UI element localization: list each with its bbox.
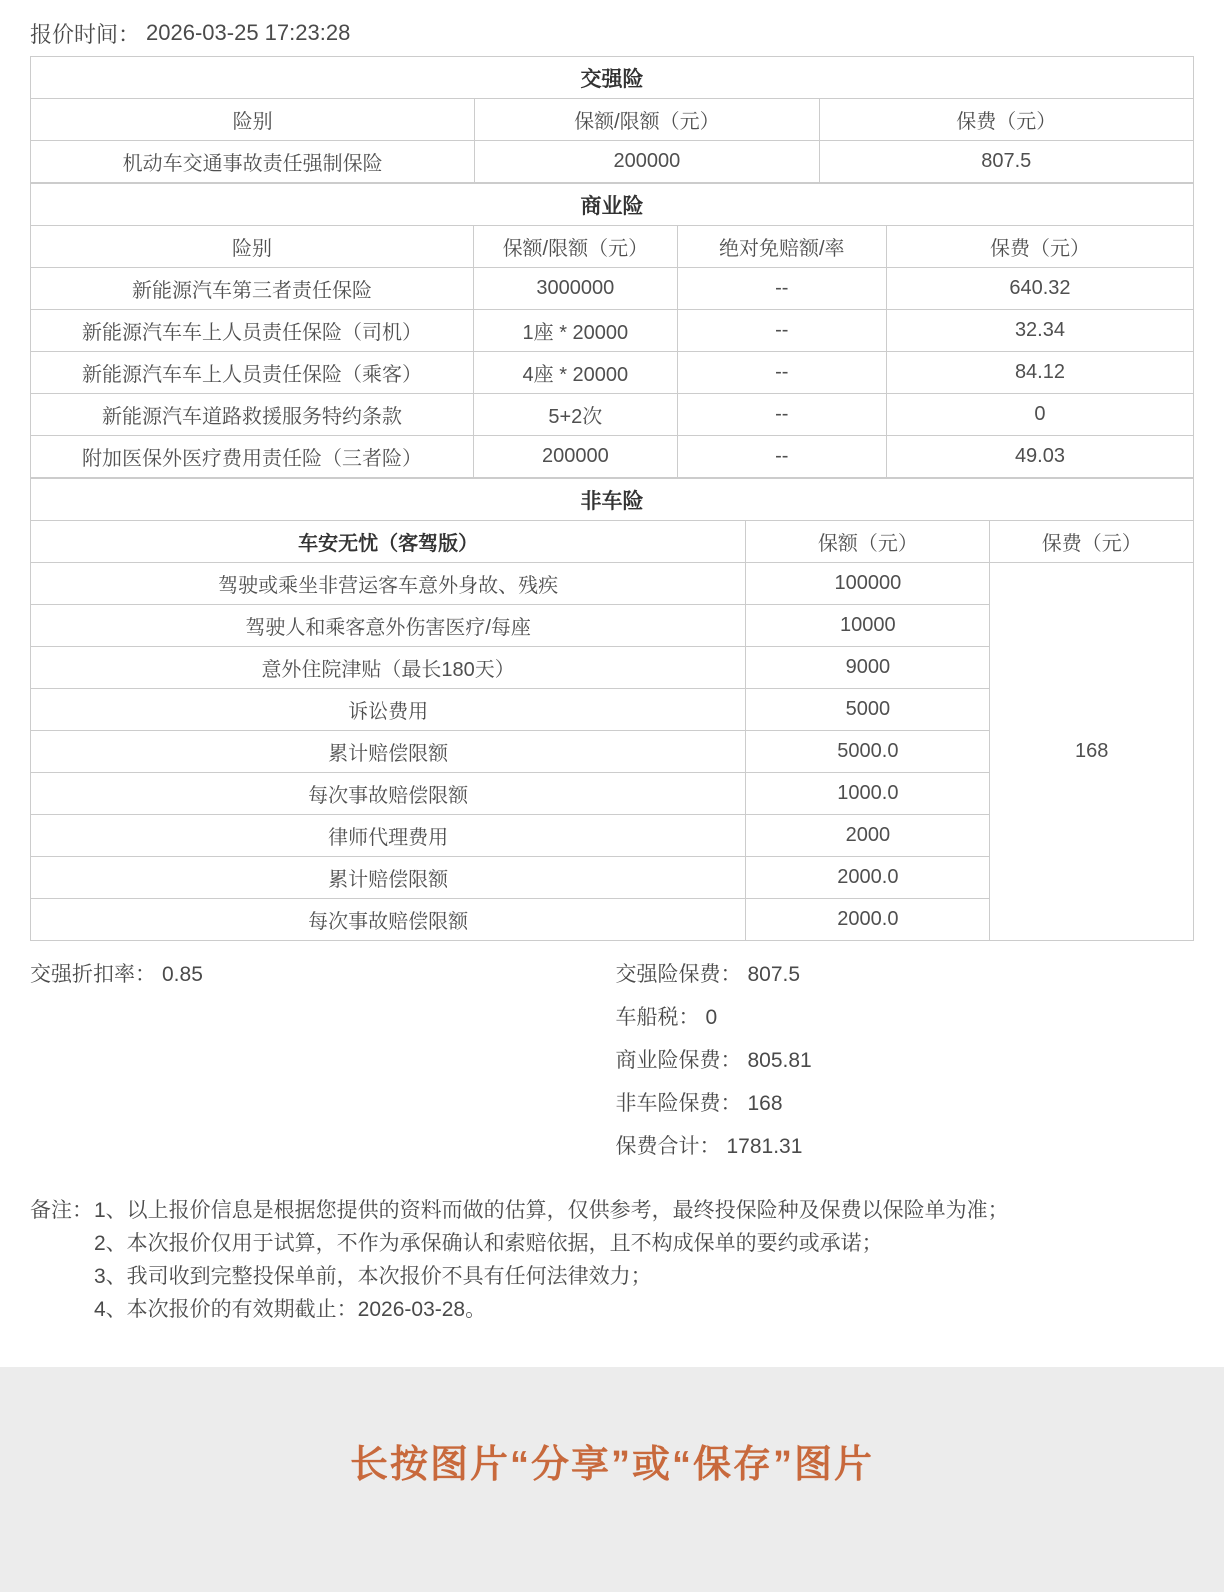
table-cell: 附加医保外医疗费用责任险（三者险） — [31, 436, 474, 478]
table-cell: -- — [677, 394, 886, 436]
table-cell: 1000.0 — [746, 773, 990, 815]
table-cell: 驾驶或乘坐非营运客车意外身故、残疾 — [31, 563, 746, 605]
table-cell: -- — [677, 352, 886, 394]
column-header: 保费（元） — [886, 226, 1193, 268]
premium-summary-line: 保费合计：1781.31 — [615, 1125, 1194, 1168]
table-cell: 200000 — [474, 436, 678, 478]
product-name: 车安无忧（客驾版） — [31, 521, 746, 563]
table-cell: 累计赔偿限额 — [31, 731, 746, 773]
table-cell: 意外住院津贴（最长180天） — [31, 647, 746, 689]
premium-summary-line: 车船税：0 — [615, 996, 1194, 1039]
table-cell: -- — [677, 268, 886, 310]
premium-summary-line: 交强险保费：807.5 — [615, 953, 1194, 996]
table-cell: 5000.0 — [746, 731, 990, 773]
section-title-row: 非车险 — [31, 479, 1194, 521]
summary-label: 商业险保费： — [615, 1049, 741, 1072]
table-cell: 新能源汽车第三者责任保险 — [31, 268, 474, 310]
table-cell: 9000 — [746, 647, 990, 689]
table-cell: 累计赔偿限额 — [31, 857, 746, 899]
discount-label: 交强折扣率： — [30, 963, 156, 986]
section-title: 商业险 — [31, 184, 1194, 226]
remark-item: 3、我司收到完整投保单前，本次报价不具有任何法律效力； — [94, 1260, 1194, 1293]
table-cell: 律师代理费用 — [31, 815, 746, 857]
table-cell: 新能源汽车车上人员责任保险（司机） — [31, 310, 474, 352]
table-cell: 640.32 — [886, 268, 1193, 310]
table-cell: 32.34 — [886, 310, 1193, 352]
remarks-section: 备注： 1、以上报价信息是根据您提供的资料而做的估算，仅供参考，最终投保险种及保… — [30, 1194, 1194, 1326]
column-header-row: 险别 保额/限额（元） 保费（元） — [31, 99, 1194, 141]
table-cell: 诉讼费用 — [31, 689, 746, 731]
section-title-row: 交强险 — [31, 57, 1194, 99]
table-row: 机动车交通事故责任强制保险200000807.5 — [31, 141, 1194, 183]
discount-line: 交强折扣率：0.85 — [30, 953, 615, 1168]
table-row: 新能源汽车车上人员责任保险（司机）1座 * 20000--32.34 — [31, 310, 1194, 352]
remark-item: 4、本次报价的有效期截止：2026-03-28。 — [94, 1293, 1194, 1326]
summary-label: 交强险保费： — [615, 963, 741, 986]
summary-label: 保费合计： — [615, 1135, 720, 1158]
summary-value: 1781.31 — [726, 1135, 802, 1158]
premium-summary-line: 非车险保费：168 — [615, 1082, 1194, 1125]
table-row: 新能源汽车第三者责任保险3000000--640.32 — [31, 268, 1194, 310]
summary-value: 168 — [747, 1092, 782, 1115]
table-cell: 10000 — [746, 605, 990, 647]
quote-time-label: 报价时间： — [30, 18, 140, 49]
table-cell: 5+2次 — [474, 394, 678, 436]
long-press-save-hint: 长按图片“分享”或“保存”图片 — [350, 1433, 874, 1488]
quote-time-row: 报价时间： 2026-03-25 17:23:28 — [30, 0, 1194, 56]
footer-banner: 长按图片“分享”或“保存”图片 — [0, 1367, 1224, 1592]
table-cell: 200000 — [475, 141, 819, 183]
remark-item: 1、以上报价信息是根据您提供的资料而做的估算，仅供参考，最终投保险种及保费以保险… — [94, 1194, 1194, 1227]
summary-value: 805.81 — [747, 1049, 811, 1072]
column-header: 保额（元） — [746, 521, 990, 563]
table-cell: 49.03 — [886, 436, 1193, 478]
table-cell: 5000 — [746, 689, 990, 731]
section-title-row: 商业险 — [31, 184, 1194, 226]
commercial-insurance-table: 商业险 险别 保额/限额（元） 绝对免赔额/率 保费（元） 新能源汽车第三者责任… — [30, 183, 1194, 478]
table-cell: 新能源汽车道路救援服务特约条款 — [31, 394, 474, 436]
column-header: 绝对免赔额/率 — [677, 226, 886, 268]
table-cell: 2000 — [746, 815, 990, 857]
quote-content: 报价时间： 2026-03-25 17:23:28 交强险 险别 保额/限额（元… — [0, 0, 1224, 1326]
premium-summary-list: 交强险保费：807.5车船税：0商业险保费：805.81非车险保费：168保费合… — [615, 953, 1194, 1168]
column-header: 保额/限额（元） — [474, 226, 678, 268]
remarks-label: 备注： — [30, 1194, 94, 1326]
premium-summary-line: 商业险保费：805.81 — [615, 1039, 1194, 1082]
discount-value: 0.85 — [162, 963, 203, 986]
table-cell: -- — [677, 310, 886, 352]
summary-label: 车船税： — [615, 1006, 699, 1029]
table-cell: 1座 * 20000 — [474, 310, 678, 352]
table-cell: 机动车交通事故责任强制保险 — [31, 141, 475, 183]
table-cell: 807.5 — [819, 141, 1194, 183]
remarks-list: 1、以上报价信息是根据您提供的资料而做的估算，仅供参考，最终投保险种及保费以保险… — [94, 1194, 1194, 1326]
table-cell: 2000.0 — [746, 899, 990, 941]
table-cell: 84.12 — [886, 352, 1193, 394]
table-cell: 2000.0 — [746, 857, 990, 899]
table-cell: 100000 — [746, 563, 990, 605]
column-header: 保额/限额（元） — [475, 99, 819, 141]
summary-label: 非车险保费： — [615, 1092, 741, 1115]
product-header-row: 车安无忧（客驾版） 保额（元） 保费（元） — [31, 521, 1194, 563]
table-cell: 每次事故赔偿限额 — [31, 773, 746, 815]
table-cell: 3000000 — [474, 268, 678, 310]
summary-value: 0 — [705, 1006, 717, 1029]
table-cell: 0 — [886, 394, 1193, 436]
table-cell: -- — [677, 436, 886, 478]
remark-item: 2、本次报价仅用于试算，不作为承保确认和索赔依据，且不构成保单的要约或承诺； — [94, 1227, 1194, 1260]
table-cell: 新能源汽车车上人员责任保险（乘客） — [31, 352, 474, 394]
table-cell: 驾驶人和乘客意外伤害医疗/每座 — [31, 605, 746, 647]
table-row: 新能源汽车道路救援服务特约条款5+2次--0 — [31, 394, 1194, 436]
merged-premium-cell: 168 — [990, 563, 1194, 941]
summary-value: 807.5 — [747, 963, 800, 986]
column-header-row: 险别 保额/限额（元） 绝对免赔额/率 保费（元） — [31, 226, 1194, 268]
premium-summary: 交强折扣率：0.85 交强险保费：807.5车船税：0商业险保费：805.81非… — [30, 953, 1194, 1168]
quote-page: 报价时间： 2026-03-25 17:23:28 交强险 险别 保额/限额（元… — [0, 0, 1224, 1592]
column-header: 保费（元） — [990, 521, 1194, 563]
table-cell: 4座 * 20000 — [474, 352, 678, 394]
compulsory-insurance-table: 交强险 险别 保额/限额（元） 保费（元） 机动车交通事故责任强制保险20000… — [30, 56, 1194, 183]
table-row: 驾驶或乘坐非营运客车意外身故、残疾100000168 — [31, 563, 1194, 605]
section-title: 非车险 — [31, 479, 1194, 521]
table-row: 新能源汽车车上人员责任保险（乘客）4座 * 20000--84.12 — [31, 352, 1194, 394]
quote-time-value: 2026-03-25 17:23:28 — [146, 20, 350, 46]
table-cell: 每次事故赔偿限额 — [31, 899, 746, 941]
column-header: 保费（元） — [819, 99, 1194, 141]
column-header: 险别 — [31, 99, 475, 141]
table-row: 附加医保外医疗费用责任险（三者险）200000--49.03 — [31, 436, 1194, 478]
section-title: 交强险 — [31, 57, 1194, 99]
column-header: 险别 — [31, 226, 474, 268]
non-vehicle-insurance-table: 非车险 车安无忧（客驾版） 保额（元） 保费（元） 驾驶或乘坐非营运客车意外身故… — [30, 478, 1194, 941]
